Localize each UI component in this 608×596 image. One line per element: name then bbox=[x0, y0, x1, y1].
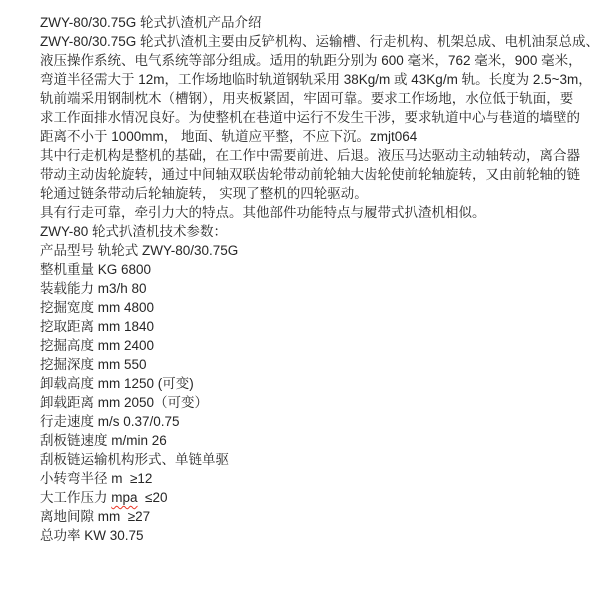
spec-line: 挖掘宽度 mm 4800 bbox=[40, 298, 596, 317]
text-segment: 大工作压力 bbox=[40, 490, 111, 505]
spec-line: 总功率 KW 30.75 bbox=[40, 526, 596, 545]
intro-line: 弯道半径需大于 12m，工作场地临时轨道钢轨采用 38Kg/m 或 43Kg/m… bbox=[40, 70, 596, 89]
drive-line: 带动主动齿轮旋转，通过中间轴双联齿轮带动前轮轴大齿轮使前轮轴旋转，又由前轮轴的链 bbox=[40, 165, 596, 184]
drive-line: 轮通过链条带动后轮轴旋转， 实现了整机的四轮驱动。 bbox=[40, 184, 596, 203]
spec-line: 装载能力 m3/h 80 bbox=[40, 279, 596, 298]
spec-line: 挖掘深度 mm 550 bbox=[40, 355, 596, 374]
spellcheck-flagged-text: mpa bbox=[111, 490, 137, 505]
drive-paragraph: 其中行走机构是整机的基础，在工作中需要前进、后退。液压马达驱动主动轴转动，离合器… bbox=[40, 146, 596, 203]
spec-line: 刮板链速度 m/min 26 bbox=[40, 431, 596, 450]
intro-line: ZWY-80/30.75G 轮式扒渣机主要由反铲机构、运输槽、行走机构、机架总成… bbox=[40, 32, 596, 51]
spec-line: 小转弯半径 m ≥12 bbox=[40, 469, 596, 488]
document-page: ZWY-80/30.75G 轮式扒渣机产品介绍 ZWY-80/30.75G 轮式… bbox=[40, 13, 596, 545]
spec-line: 卸载高度 mm 1250 (可变) bbox=[40, 374, 596, 393]
spec-line: 卸载距离 mm 2050（可变） bbox=[40, 393, 596, 412]
spec-line: 挖掘高度 mm 2400 bbox=[40, 336, 596, 355]
intro-paragraph: ZWY-80/30.75G 轮式扒渣机主要由反铲机构、运输槽、行走机构、机架总成… bbox=[40, 32, 596, 146]
spec-line: 产品型号 轨轮式 ZWY-80/30.75G bbox=[40, 241, 596, 260]
text-segment: ≤20 bbox=[138, 490, 168, 505]
intro-line: 求工作面排水情况良好。为使整机在巷道中运行不发生干涉，要求轨道中心与巷道的墙壁的 bbox=[40, 108, 596, 127]
drive-line: 其中行走机构是整机的基础，在工作中需要前进、后退。液压马达驱动主动轴转动，离合器 bbox=[40, 146, 596, 165]
feature-line: 具有行走可靠，牵引力大的特点。其他部件功能特点与履带式扒渣机相似。 bbox=[40, 203, 596, 222]
spec-line: 刮板链运输机构形式、单链单驱 bbox=[40, 450, 596, 469]
intro-line: 距离不小于 1000mm， 地面、轨道应平整，不应下沉。zmjt064 bbox=[40, 127, 596, 146]
spec-line: 挖取距离 mm 1840 bbox=[40, 317, 596, 336]
spec-line: 大工作压力 mpa ≤20 bbox=[40, 488, 596, 507]
specs-list: 产品型号 轨轮式 ZWY-80/30.75G整机重量 KG 6800装载能力 m… bbox=[40, 241, 596, 545]
spec-line: 整机重量 KG 6800 bbox=[40, 260, 596, 279]
intro-line: 轨前端采用钢制枕木（槽钢），用夹板紧固，牢固可靠。要求工作场地，水位低于轨面，要 bbox=[40, 89, 596, 108]
spec-line: 离地间隙 mm ≥27 bbox=[40, 507, 596, 526]
document-title: ZWY-80/30.75G 轮式扒渣机产品介绍 bbox=[40, 13, 596, 32]
intro-line: 液压操作系统、电气系统等部分组成。适用的轨距分别为 600 毫米，762 毫米，… bbox=[40, 51, 596, 70]
spec-line: 行走速度 m/s 0.37/0.75 bbox=[40, 412, 596, 431]
specs-heading: ZWY-80 轮式扒渣机技术参数： bbox=[40, 222, 596, 241]
